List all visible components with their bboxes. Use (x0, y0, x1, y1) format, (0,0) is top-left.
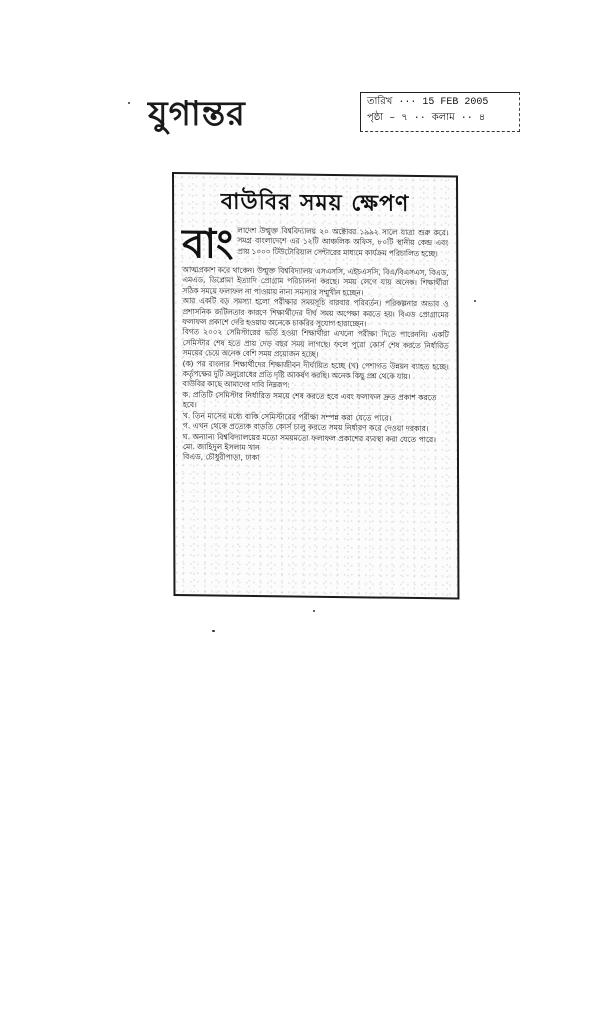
date-label: তারিখ (367, 97, 392, 108)
date-row: তারিখ ··· 15 FEB 2005 (367, 95, 513, 111)
date-value: 15 FEB 2005 (422, 97, 488, 108)
article-body: আত্মপ্রকাশ করে থাকেন। উন্মুক্ত বিশ্ববিদ্… (182, 265, 449, 466)
article-lead: বাং লাদেশ উন্মুক্ত বিশ্ববিদ্যালয় ২০ অক্… (182, 225, 448, 266)
scan-speck (313, 610, 315, 612)
article-headline: বাউবির সময় ক্ষেপণ (182, 184, 448, 224)
page-value: ৭ (401, 113, 408, 124)
author-address: বিএড, চৌধুরীপাড়া, ঢাকা (183, 452, 449, 466)
date-stamp: তারিখ ··· 15 FEB 2005 পৃষ্ঠা – ৭ ·· কলাম… (360, 92, 520, 132)
lead-paragraph: লাদেশ উন্মুক্ত বিশ্ববিদ্যালয় ২০ অক্টোবর… (237, 226, 448, 267)
newspaper-clipping: বাউবির সময় ক্ষেপণ বাং লাদেশ উন্মুক্ত বি… (172, 172, 459, 600)
paragraph: আর একটি বড় সমস্যা হলো পরীক্ষার সময়সূচি… (182, 296, 448, 330)
newspaper-masthead: যুগান্তর (148, 88, 246, 145)
page-row: পৃষ্ঠা – ৭ ·· কলাম ·· ৪ (367, 111, 513, 127)
scan-speck (474, 300, 476, 302)
column-value: ৪ (479, 113, 486, 124)
scan-speck (128, 102, 130, 104)
column-label: কলাম (432, 113, 455, 124)
drop-cap: বাং (182, 225, 233, 264)
paragraph: বিগত ২০০২ সেমিস্টারের ভর্তি হওয়া শিক্ষা… (183, 328, 449, 362)
page-label: পৃষ্ঠা (367, 113, 383, 124)
scan-speck (212, 630, 215, 632)
paragraph: আত্মপ্রকাশ করে থাকেন। উন্মুক্ত বিশ্ববিদ্… (182, 265, 448, 299)
